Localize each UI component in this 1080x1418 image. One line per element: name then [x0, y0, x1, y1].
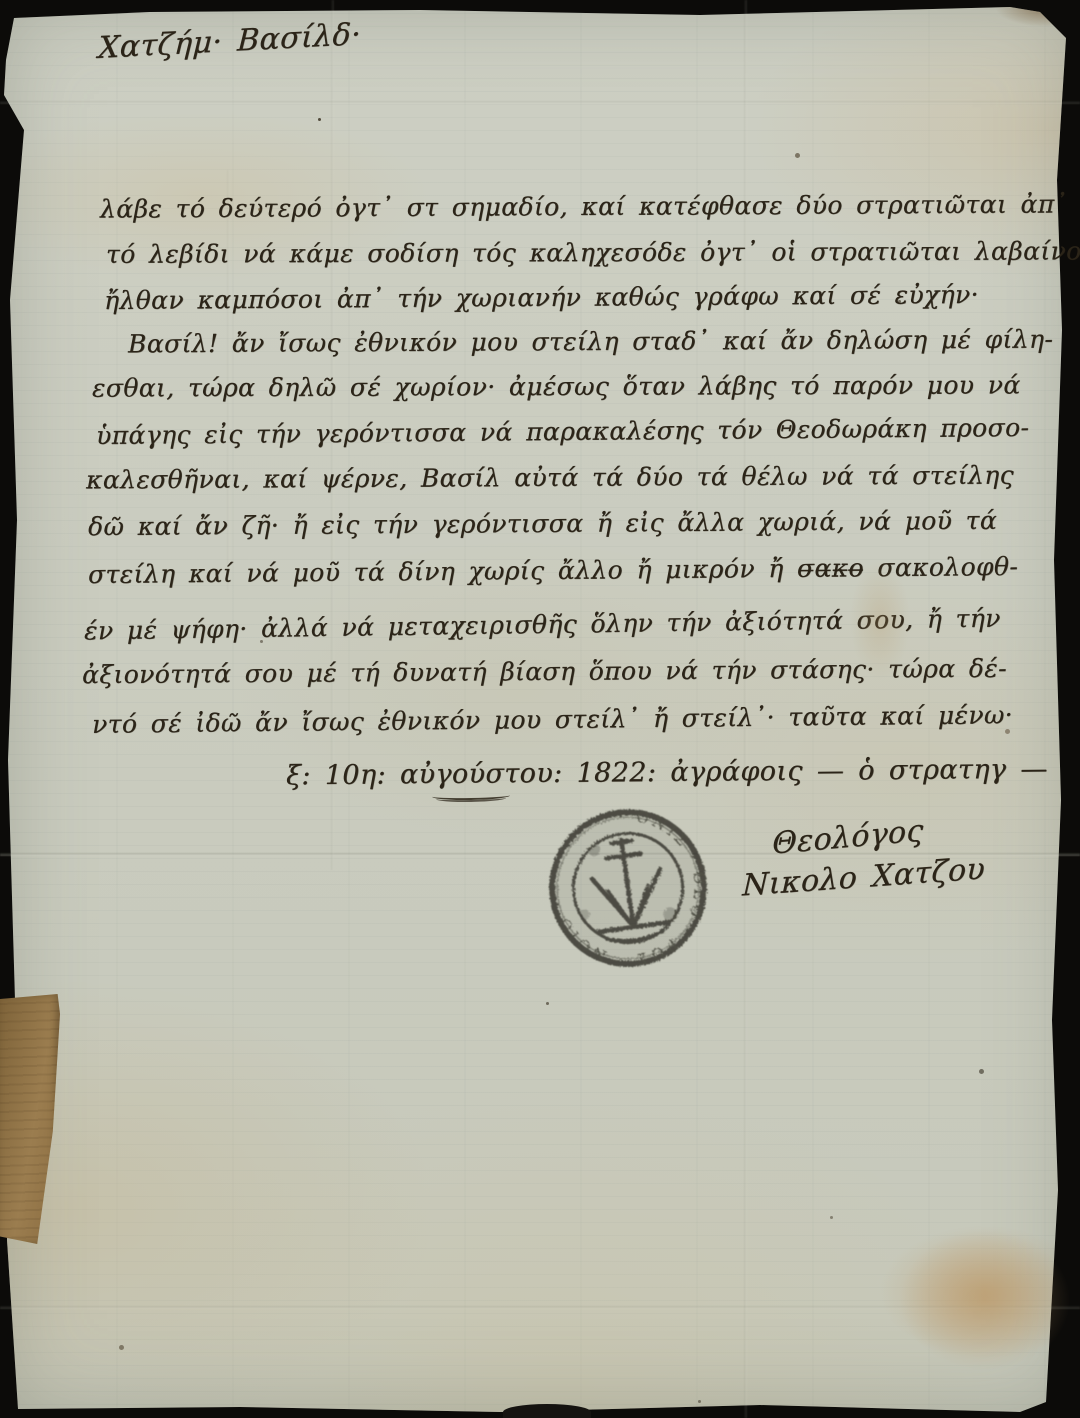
year-underline	[432, 791, 510, 800]
body-line: λάβε τό δεύτερό ὀγτ᾽ στ σημαδίο, καί κατ…	[100, 189, 1068, 223]
body-line: Βασίλ! ἄν ἴσως ἐθνικόν μου στείλη σταδ᾽ …	[128, 325, 1053, 359]
body-line: εσθαι, τώρα δηλῶ σέ χωρίον· ἀμέσως ὅταν …	[92, 370, 1021, 402]
body-line: ἤλθαν καμπόσοι ἀπ᾽ τήν χωριανήν καθώς γρ…	[104, 280, 979, 315]
body-line: τό λεβίδι νά κάμε σοδίση τός καληχεσόδε …	[106, 236, 1080, 269]
ink-specks	[318, 118, 321, 121]
date-line: ξ: 10η: αὐγούστου: 1822: ἀγράφοις — ὁ στ…	[286, 754, 1048, 792]
ink-seal: · ΟΝΙΣ · ΘΕΟ · ΡΟΣ · ΝΟΙΟ ·	[525, 785, 731, 991]
edge-damage-mark	[503, 1404, 591, 1418]
body-line: καλεσθῆναι, καί ψέρνε, Βασίλ αὐτά τά δύο…	[86, 461, 1014, 495]
letter-photo: Χατζήμ· Βασίλδ· λάβε τό δεύτερό ὀγτ᾽ στ …	[0, 0, 1080, 1418]
